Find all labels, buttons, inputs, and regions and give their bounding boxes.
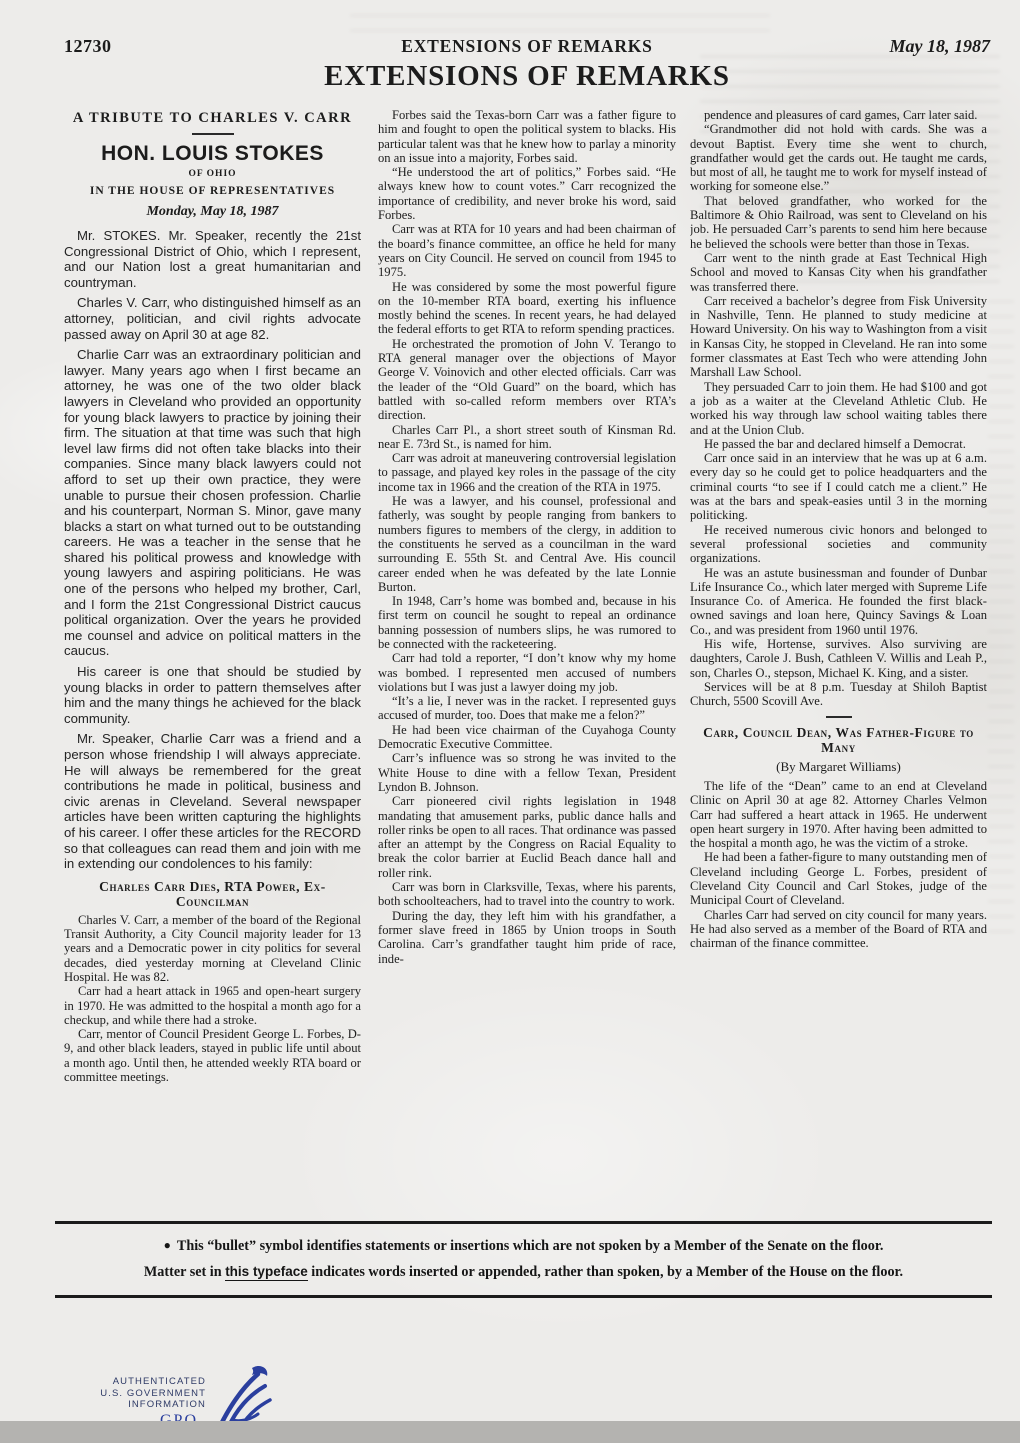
article-paragraph: He passed the bar and declared himself a… <box>690 437 987 451</box>
article-paragraph: “He understood the art of politics,” For… <box>378 165 676 222</box>
column-middle: Forbes said the Texas-born Carr was a fa… <box>378 108 676 1214</box>
column-left: A TRIBUTE TO CHARLES V. CARR HON. LOUIS … <box>64 108 361 1214</box>
scan-bleedthrough-smudge <box>350 14 770 32</box>
gpo-auth-line-2: U.S. GOVERNMENT <box>64 1388 206 1400</box>
article-paragraph: Carr had told a reporter, “I don’t know … <box>378 651 676 694</box>
scan-edge-band <box>0 1421 1020 1443</box>
article-paragraph: He had been a father-figure to many outs… <box>690 850 987 907</box>
speech-paragraph: Mr. Speaker, Charlie Carr was a friend a… <box>64 731 361 871</box>
article-paragraph: Carr received a bachelor’s degree from F… <box>690 294 987 380</box>
article-paragraph: They persuaded Carr to join them. He had… <box>690 380 987 437</box>
article2-heading: Carr, Council Dean, Was Father-Figure to… <box>696 725 981 755</box>
scan-bleedthrough-smudge <box>988 300 1014 940</box>
article-paragraph: That beloved grandfather, who worked for… <box>690 194 987 251</box>
article-paragraph: pendence and pleasures of card games, Ca… <box>690 108 987 122</box>
article-paragraph: Carr once said in an interview that he w… <box>690 451 987 522</box>
speaker-name: HON. LOUIS STOKES <box>64 142 361 165</box>
article-paragraph: “Grandmother did not hold with cards. Sh… <box>690 122 987 193</box>
article-paragraph: Carr’s influence was so strong he was in… <box>378 751 676 794</box>
notice-line-1-text: This “bullet” symbol identifies statemen… <box>177 1238 884 1254</box>
article-paragraph: In 1948, Carr’s home was bombed and, bec… <box>378 594 676 651</box>
gpo-auth-line-1: AUTHENTICATED <box>64 1376 206 1388</box>
bullet-icon: ● <box>164 1238 171 1252</box>
article-paragraph: Carr had a heart attack in 1965 and open… <box>64 984 361 1027</box>
speech-paragraph: His career is one that should be studied… <box>64 664 361 726</box>
speech-paragraph: Mr. STOKES. Mr. Speaker, recently the 21… <box>64 228 361 290</box>
speech-paragraph: Charles V. Carr, who distinguished himse… <box>64 295 361 342</box>
article-paragraph: Carr pioneered civil rights legislation … <box>378 794 676 880</box>
article-paragraph: Charles Carr had served on city council … <box>690 908 987 951</box>
notice-typeface-sample: this typeface <box>225 1264 308 1281</box>
notice-line-2: Matter set in this typeface indicates wo… <box>73 1259 974 1285</box>
article1-heading: Charles Carr Dies, RTA Power, Ex-Council… <box>70 879 355 909</box>
article-paragraph: Carr was adroit at maneuvering controver… <box>378 451 676 494</box>
gpo-auth-line-3: INFORMATION <box>64 1399 206 1411</box>
article-paragraph: Services will be at 8 p.m. Tuesday at Sh… <box>690 680 987 709</box>
article-paragraph: During the day, they left him with his g… <box>378 909 676 966</box>
section-title: EXTENSIONS OF REMARKS <box>64 60 990 93</box>
article1-col2-paragraphs: Forbes said the Texas-born Carr was a fa… <box>378 108 676 966</box>
article-paragraph: Carr was born in Clarksville, Texas, whe… <box>378 880 676 909</box>
article-paragraph: He orchestrated the promotion of John V.… <box>378 337 676 423</box>
speaker-state: OF OHIO <box>64 168 361 180</box>
typeface-notice: ●This “bullet” symbol identifies stateme… <box>55 1221 992 1298</box>
article-paragraph: He received numerous civic honors and be… <box>690 523 987 566</box>
issue-date: May 18, 1987 <box>890 36 991 57</box>
article-paragraph: He was a lawyer, and his counsel, profes… <box>378 494 676 594</box>
congressional-record-page: 12730 EXTENSIONS OF REMARKS May 18, 1987… <box>0 0 1020 1443</box>
notice-line-2-pre: Matter set in <box>144 1264 225 1280</box>
tribute-title: A TRIBUTE TO CHARLES V. CARR <box>64 110 361 127</box>
article-paragraph: The life of the “Dean” came to an end at… <box>690 779 987 850</box>
article-paragraph: Forbes said the Texas-born Carr was a fa… <box>378 108 676 165</box>
article1-col3-paragraphs: pendence and pleasures of card games, Ca… <box>690 108 987 708</box>
article-paragraph: He was an astute businessman and founder… <box>690 566 987 637</box>
article-paragraph: “It’s a lie, I never was in the racket. … <box>378 694 676 723</box>
speech-paragraph: Charlie Carr was an extraordinary politi… <box>64 347 361 659</box>
column-right: pendence and pleasures of card games, Ca… <box>690 108 987 1214</box>
article-paragraph: Charles Carr Pl., a short street south o… <box>378 423 676 452</box>
article-paragraph: Carr, mentor of Council President George… <box>64 1027 361 1084</box>
title-divider-rule <box>192 133 234 135</box>
masthead: 12730 EXTENSIONS OF REMARKS May 18, 1987 <box>64 36 990 60</box>
article2-byline: (By Margaret Williams) <box>690 759 987 775</box>
article-paragraph: His wife, Hortense, survives. Also survi… <box>690 637 987 680</box>
article-divider-rule <box>826 716 852 718</box>
article2-paragraphs: The life of the “Dean” came to an end at… <box>690 779 987 951</box>
running-head: EXTENSIONS OF REMARKS <box>64 36 990 57</box>
gpo-auth-text: AUTHENTICATED U.S. GOVERNMENT INFORMATIO… <box>64 1376 206 1411</box>
notice-line-2-post: indicates words inserted or appended, ra… <box>308 1264 903 1280</box>
article1-start: Charles Carr Dies, RTA Power, Ex-Council… <box>64 879 361 1085</box>
article-paragraph: Charles V. Carr, a member of the board o… <box>64 913 361 984</box>
article-paragraph: Carr was at RTA for 10 years and had bee… <box>378 222 676 279</box>
article-paragraph: He was considered by some the most power… <box>378 280 676 337</box>
article-paragraph: He had been vice chairman of the Cuyahog… <box>378 723 676 752</box>
chamber-line: IN THE HOUSE OF REPRESENTATIVES <box>64 183 361 199</box>
article-paragraph: Carr went to the ninth grade at East Tec… <box>690 251 987 294</box>
notice-line-1: ●This “bullet” symbol identifies stateme… <box>73 1233 974 1259</box>
speech-body: Mr. STOKES. Mr. Speaker, recently the 21… <box>64 228 361 872</box>
dateline: Monday, May 18, 1987 <box>64 203 361 221</box>
article1-col1-paragraphs: Charles V. Carr, a member of the board o… <box>64 913 361 1085</box>
